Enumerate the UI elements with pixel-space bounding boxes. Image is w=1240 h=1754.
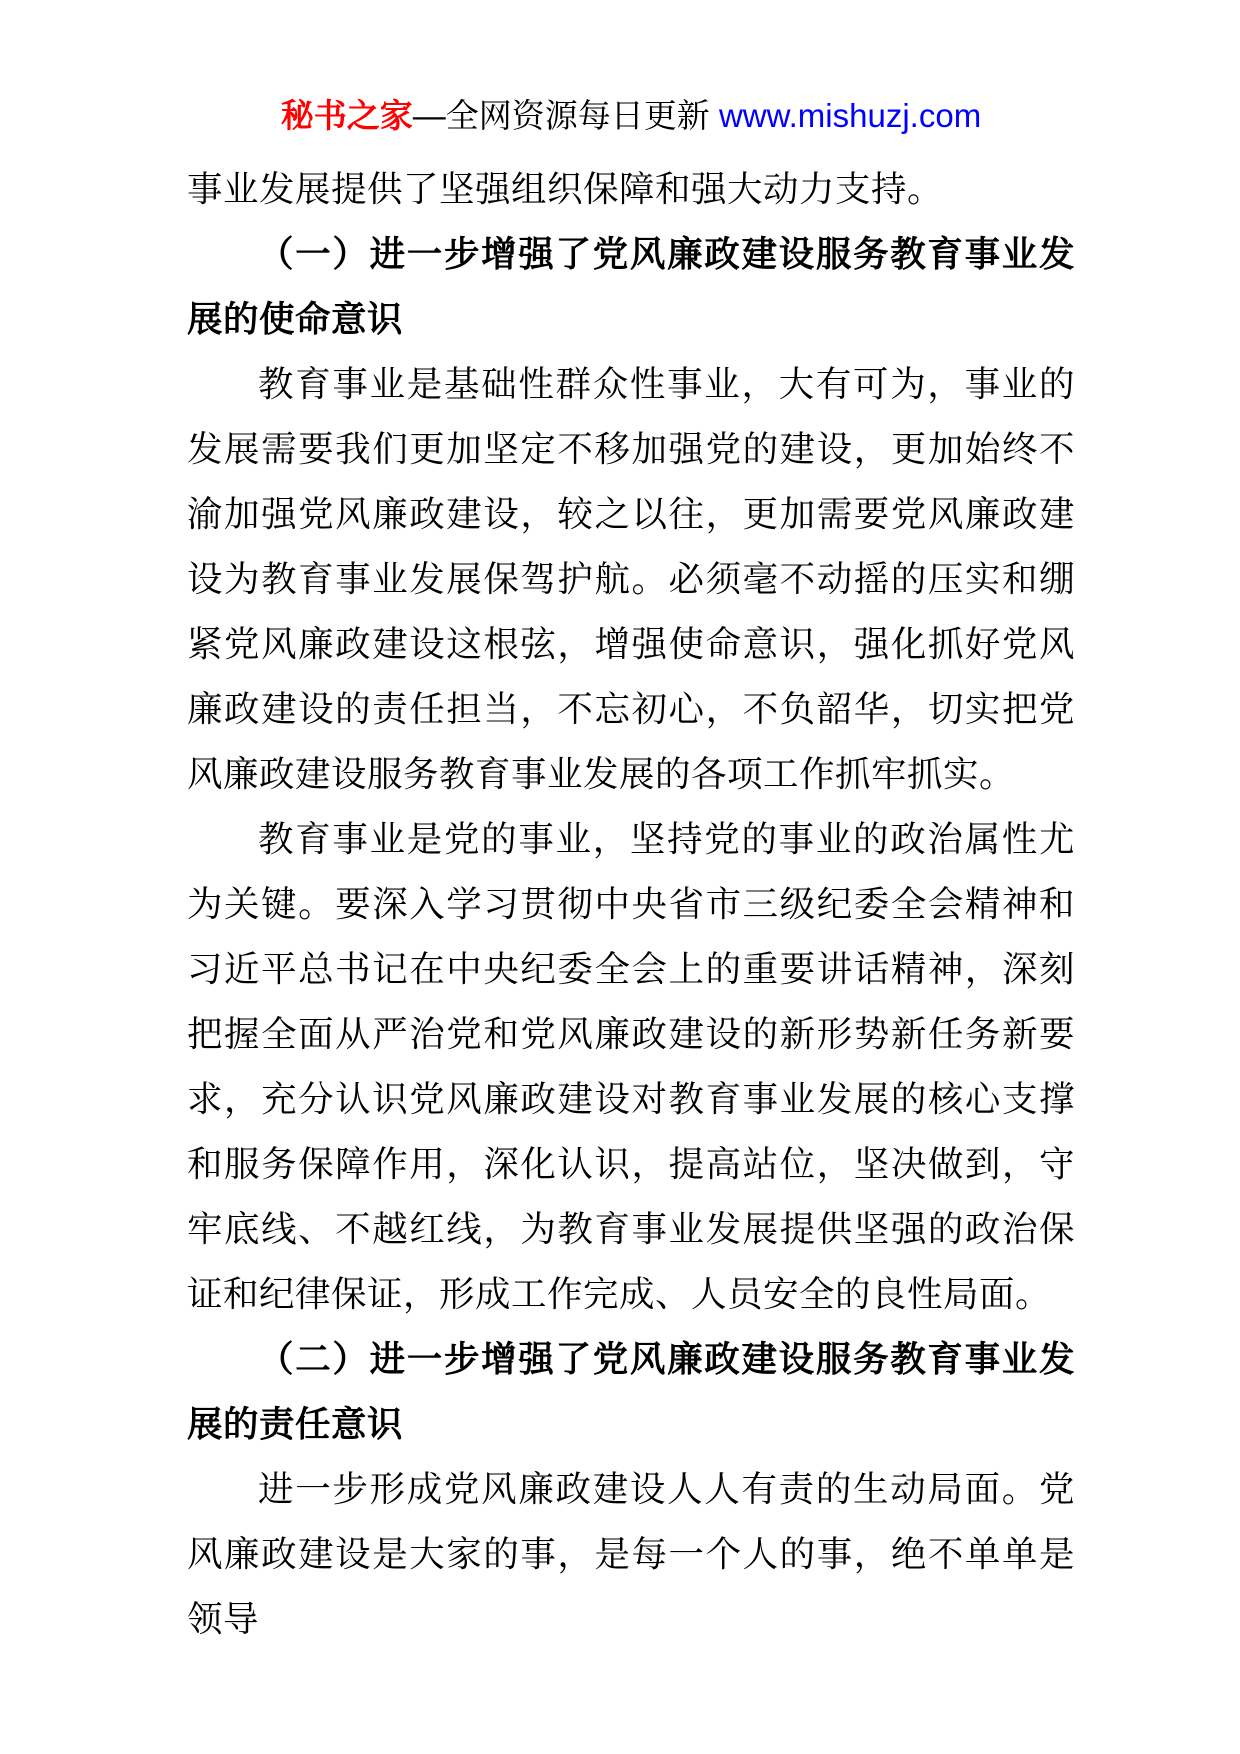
paragraph-mission: 教育事业是基础性群众性事业，大有可为，事业的发展需要我们更加坚定不移加强党的建设… xyxy=(187,352,1075,807)
paragraph-party-cause: 教育事业是党的事业，坚持党的事业的政治属性尤为关键。要深入学习贯彻中央省市三级纪… xyxy=(187,807,1075,1327)
paragraph-continuation: 事业发展提供了坚强组织保障和强大动力支持。 xyxy=(187,157,1075,222)
section-heading-2: （二）进一步增强了党风廉政建设服务教育事业发展的责任意识 xyxy=(187,1327,1075,1457)
section-heading-1: （一）进一步增强了党风廉政建设服务教育事业发展的使命意识 xyxy=(187,222,1075,352)
site-tagline: —全网资源每日更新 xyxy=(413,97,719,134)
site-header: 秘书之家—全网资源每日更新 www.mishuzj.com xyxy=(187,96,1075,136)
document-page: 秘书之家—全网资源每日更新 www.mishuzj.com 事业发展提供了坚强组… xyxy=(0,0,1240,1754)
site-url-link[interactable]: www.mishuzj.com xyxy=(719,97,981,134)
document-body: 事业发展提供了坚强组织保障和强大动力支持。 （一）进一步增强了党风廉政建设服务教… xyxy=(187,157,1075,1652)
paragraph-responsibility: 进一步形成党风廉政建设人人有责的生动局面。党风廉政建设是大家的事，是每一个人的事… xyxy=(187,1457,1075,1652)
site-brand: 秘书之家 xyxy=(281,97,413,134)
